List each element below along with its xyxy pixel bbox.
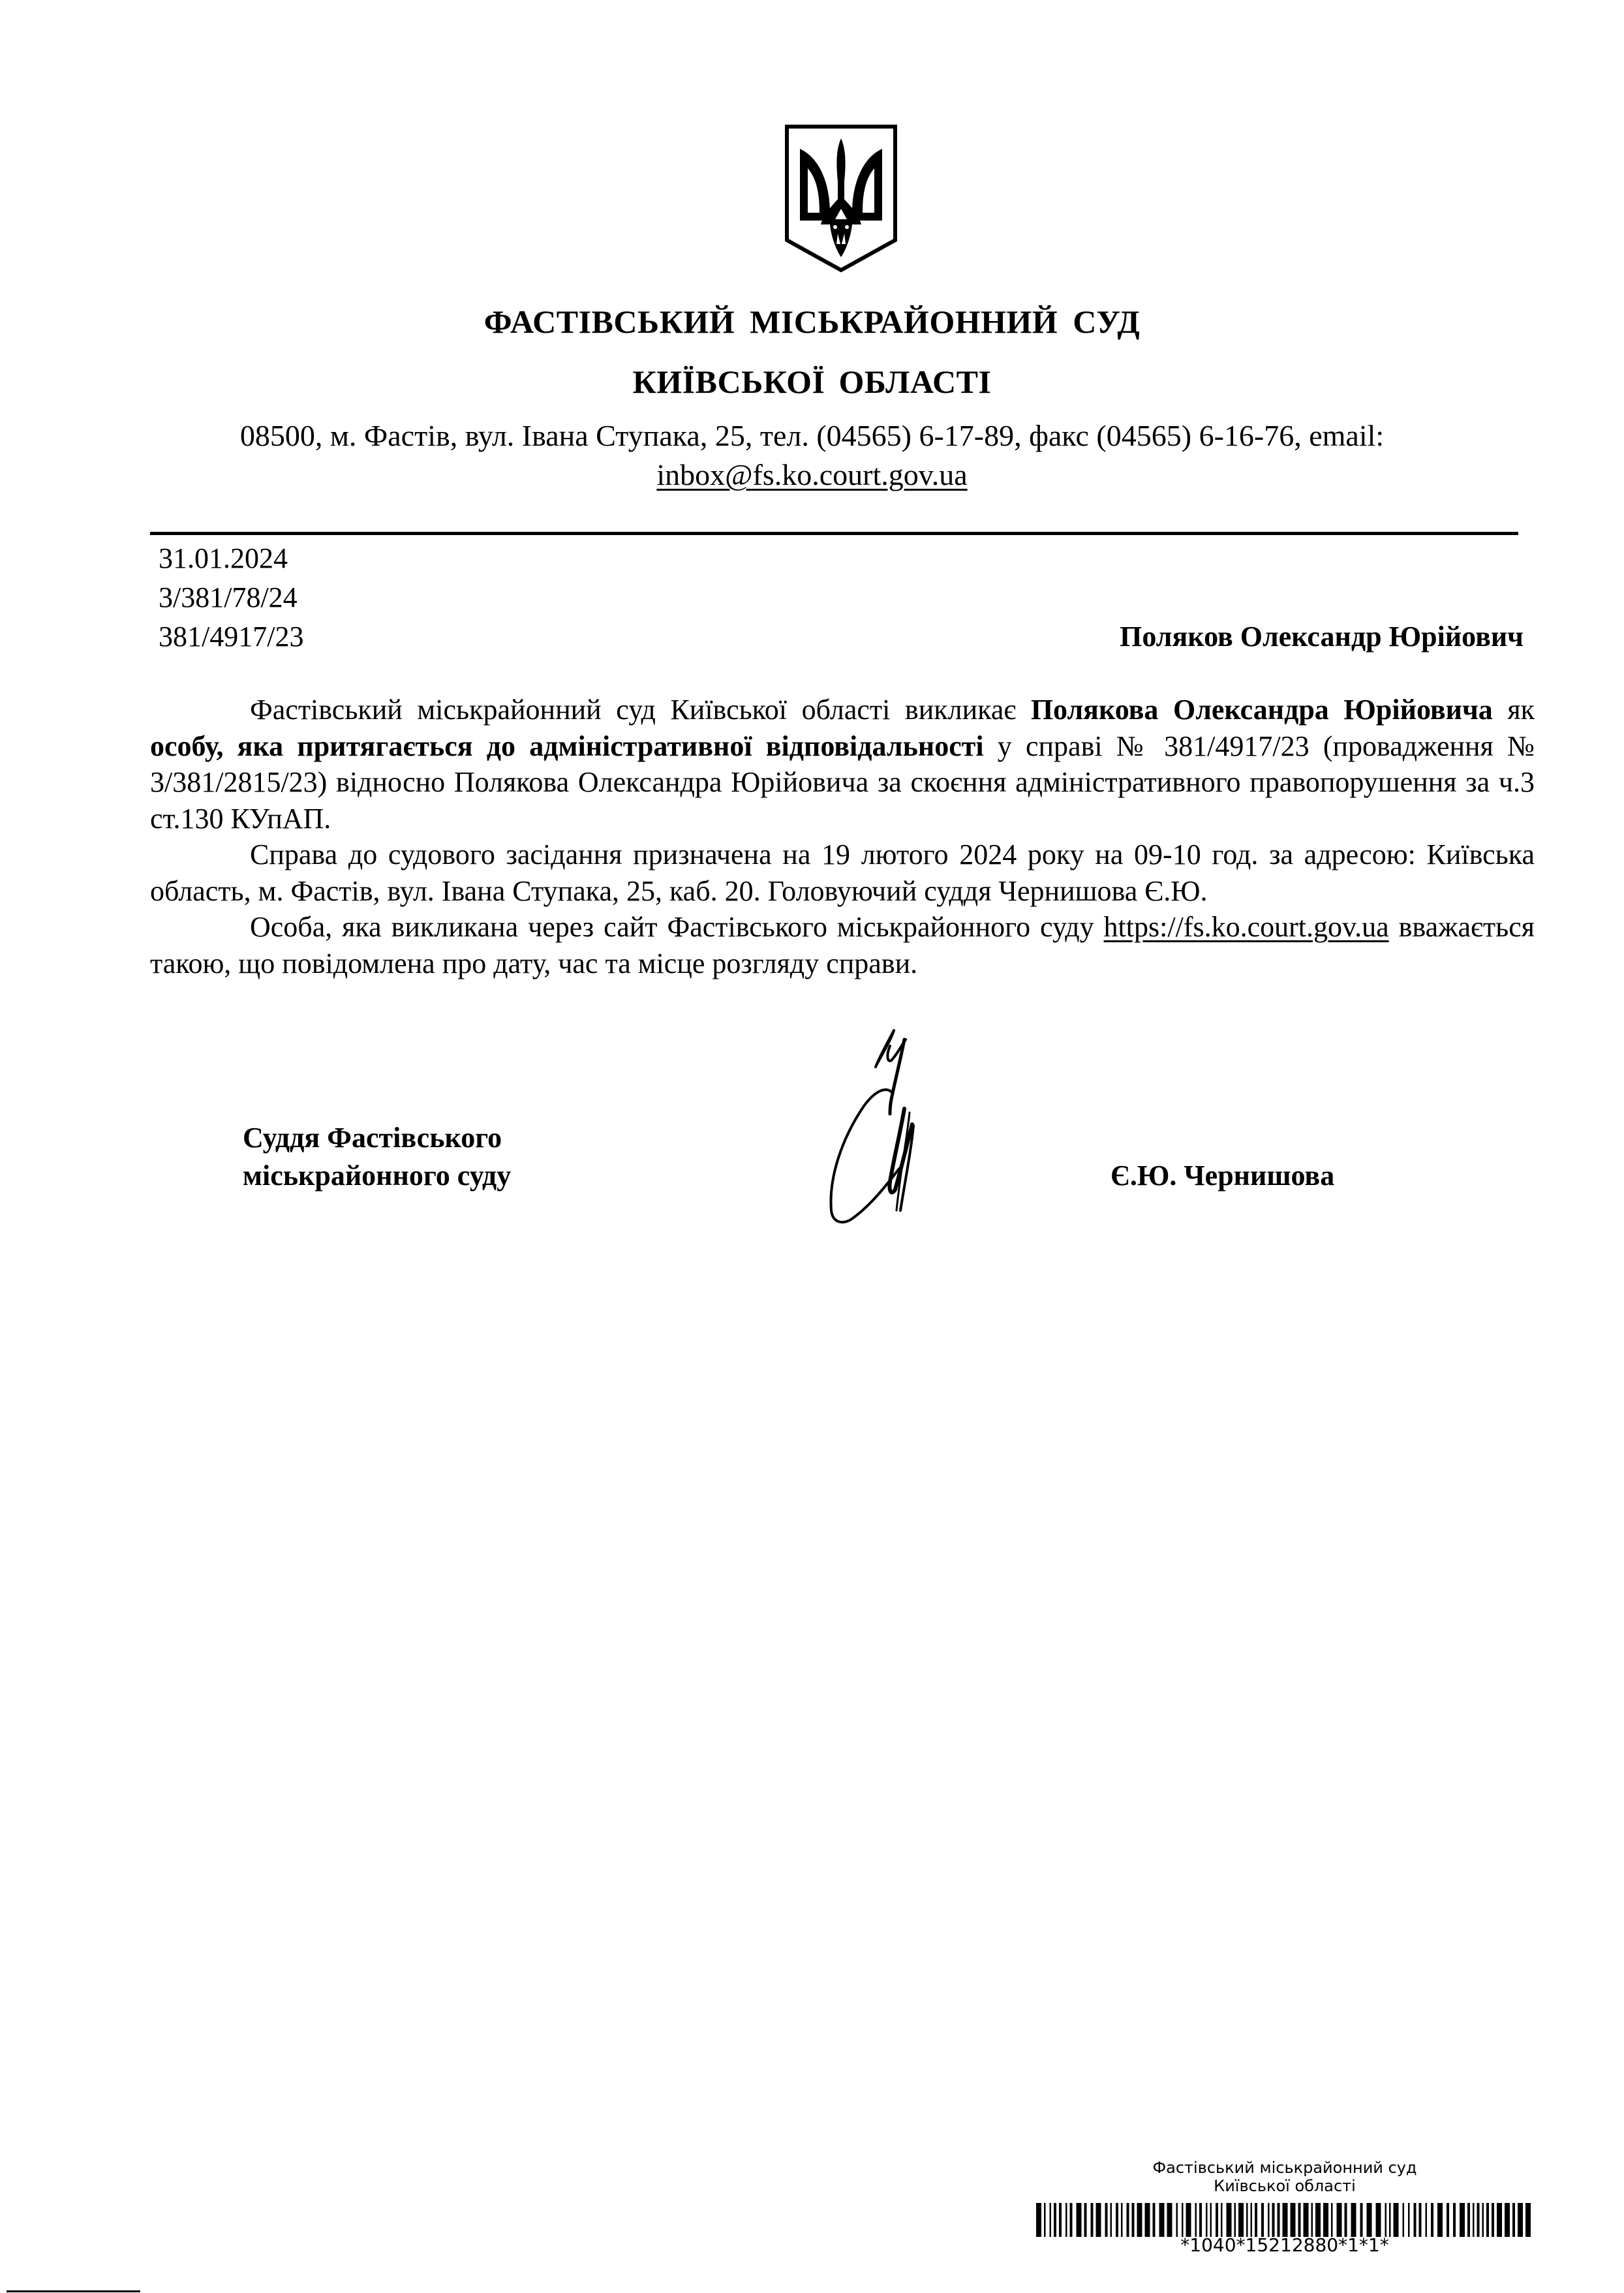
- coat-of-arms-icon: [783, 123, 899, 274]
- document-date: 31.01.2024: [159, 539, 288, 578]
- barcode-icon: [1036, 2203, 1533, 2237]
- court-email-link[interactable]: inbox@fs.ko.court.gov.ua: [656, 458, 967, 491]
- signature-icon: [809, 1015, 966, 1237]
- summons-body: Фастівський міськрайонний суд Київської …: [150, 692, 1535, 981]
- stamp-court-name: Фастівський міськрайонний суд: [1036, 2159, 1533, 2177]
- judge-position-line2: міськрайонного суду: [243, 1158, 511, 1194]
- judge-position-line1: Суддя Фастівського: [243, 1120, 502, 1156]
- summons-paragraph-1: Фастівський міськрайонний суд Київської …: [150, 692, 1535, 837]
- summons-paragraph-2: Справа до судового засідання призначена …: [150, 837, 1535, 909]
- page-edge-line: [7, 2290, 140, 2292]
- court-website-link[interactable]: https://fs.ko.court.gov.ua: [1104, 911, 1389, 943]
- header-divider: [150, 532, 1518, 535]
- recipient-name: Поляков Олександр Юрійович: [1120, 617, 1524, 656]
- court-email-line: inbox@fs.ko.court.gov.ua: [0, 457, 1624, 493]
- summons-paragraph-3: Особа, яка викликана через сайт Фастівсь…: [150, 909, 1535, 981]
- court-name-title: ФАСТІВСЬКИЙ МІСЬКРАЙОННИЙ СУД: [0, 302, 1624, 341]
- court-address: 08500, м. Фастів, вул. Івана Ступака, 25…: [0, 418, 1624, 454]
- stamp-court-region: Київської області: [1036, 2177, 1533, 2195]
- case-number: 381/4917/23: [159, 617, 303, 656]
- outgoing-number: 3/381/78/24: [159, 578, 298, 617]
- defendant-name: Полякова Олександра Юрійовича: [1031, 694, 1493, 726]
- court-region-title: КИЇВСЬКОЇ ОБЛАСТІ: [0, 362, 1624, 401]
- barcode-number: *1040*15212880*1*1*: [1036, 2234, 1533, 2256]
- defendant-status: особу, яка притягається до адміністратив…: [150, 730, 984, 762]
- judge-name: Є.Ю. Чернишова: [1111, 1158, 1334, 1194]
